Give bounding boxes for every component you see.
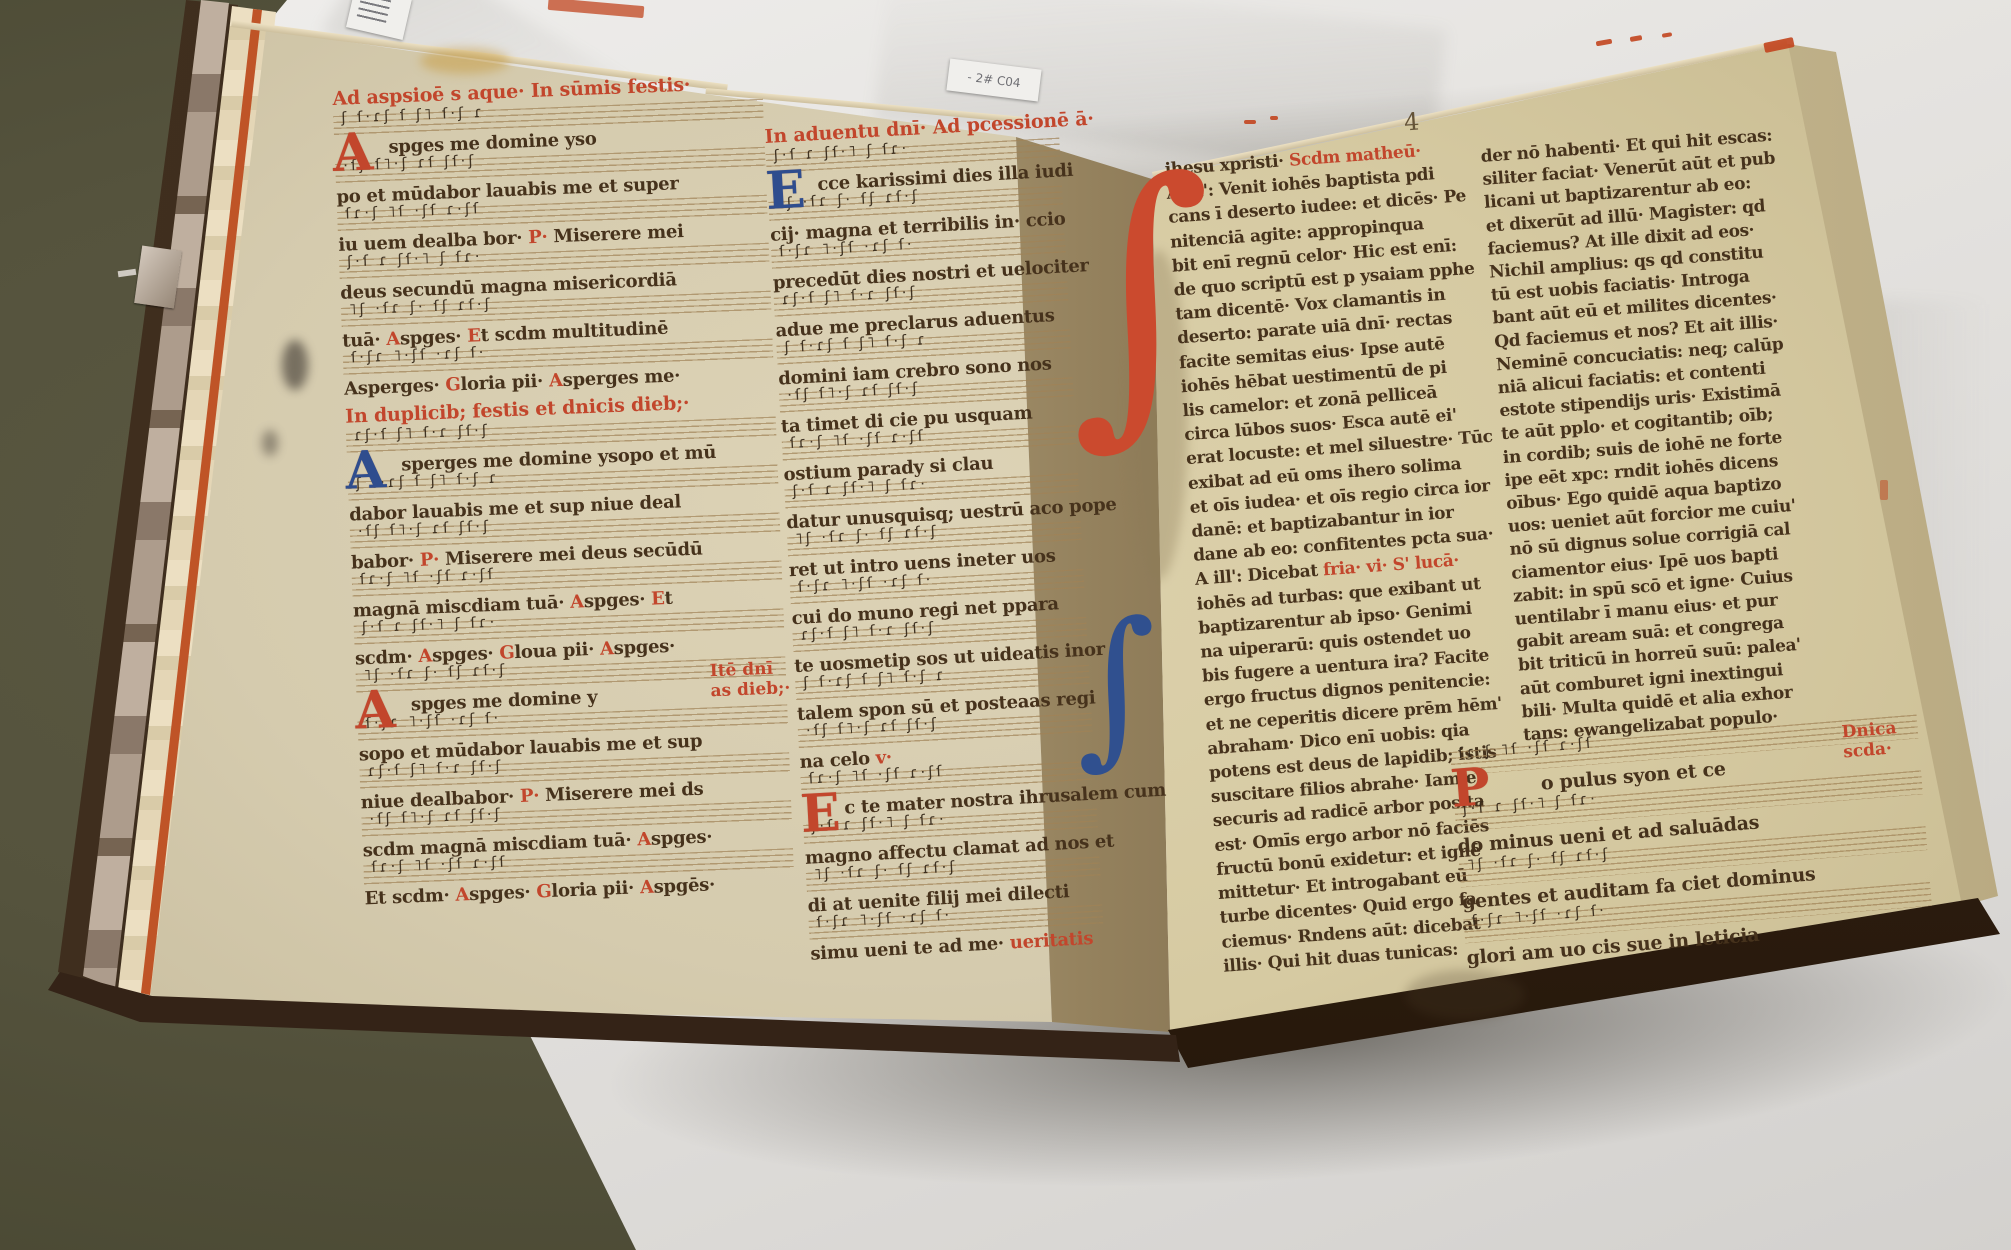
rubric-text: A: [455, 884, 470, 906]
margin-note-line: as dieb;·: [710, 678, 799, 702]
ink-stain: [282, 340, 308, 390]
body-text: sperges me·: [562, 365, 680, 391]
margin-note: Dnicascda·: [1841, 715, 1932, 762]
tab-writing: [356, 0, 391, 26]
photo-scene: - 2# C04 4 Ad aspsioē s aque· In sūmis f…: [0, 0, 2011, 1250]
red-edge-speckle: [1244, 120, 1256, 124]
rubric-text: G: [536, 881, 552, 903]
initial-I-red: ∫: [1053, 153, 1228, 439]
rubric-text: A: [570, 591, 585, 613]
initial-letter: A: [354, 684, 396, 738]
clasp-pin: [118, 269, 137, 277]
body-text: spgēs·: [653, 874, 715, 897]
body-text: loria pii·: [460, 371, 549, 396]
rubric-text: E: [651, 588, 665, 610]
rubric-text: A: [600, 638, 615, 660]
initial-letter: A: [344, 444, 386, 498]
stain: [420, 48, 510, 74]
body-text: loria pii·: [551, 877, 640, 902]
initial-I-blue: ∫: [1067, 605, 1165, 765]
body-text: spges·: [469, 881, 537, 905]
margin-note: Itē dnīas dieb;·: [709, 658, 799, 701]
body-text: t: [664, 588, 673, 609]
folio-number: 4: [1403, 108, 1420, 137]
rubric-text: G: [445, 374, 461, 396]
body-text: Et scdm·: [364, 885, 456, 910]
right-page-music-block: ſɾ·ʃ ˥ſ ·ʃſ ɾ·ʃſo pulus syon et cePDnica…: [1450, 714, 1936, 975]
rubric-text: A: [637, 829, 652, 851]
body-text: loua pii·: [514, 639, 600, 663]
body-text: Miserere mei: [553, 221, 684, 247]
left-page-column-1: Ad aspsioē s aque· In sūmis festis·ʃ ſ·ɾ…: [332, 69, 797, 914]
body-text: spges·: [583, 589, 651, 613]
red-edge-speckle: [1880, 480, 1888, 500]
body-text: spges·: [651, 826, 713, 849]
red-edge-speckle: [1270, 116, 1278, 120]
ink-stain: [262, 430, 278, 456]
body-text: Miserere mei ds: [545, 779, 704, 806]
smudge: [1405, 970, 1525, 1020]
rubric-text: P·: [528, 226, 554, 248]
rubric-text: A: [640, 877, 655, 899]
initial-letter: A: [332, 126, 374, 180]
clasp-plate: [134, 245, 182, 308]
rubric-text: ueritatis: [1009, 928, 1093, 954]
rubric-text: A: [549, 370, 564, 392]
initial-letter: E: [764, 164, 806, 218]
left-page-column-2: In aduentu dnī· Ad pcessionē ā·ʃ·ſ ɾ ʃſ·…: [764, 107, 1107, 968]
body-text: t scdm multitudinē: [480, 318, 668, 347]
initial-letter: P: [1449, 761, 1492, 816]
body-text: spges·: [613, 636, 675, 659]
right-page-column-2: der nō habenti· Et qui hit escas:siliter…: [1480, 124, 1829, 748]
shelfmark-text: - 2# C04: [967, 70, 1022, 90]
rubric-text: P·: [520, 785, 546, 807]
body-text: Asperges·: [344, 375, 446, 400]
initial-letter: E: [799, 787, 841, 841]
